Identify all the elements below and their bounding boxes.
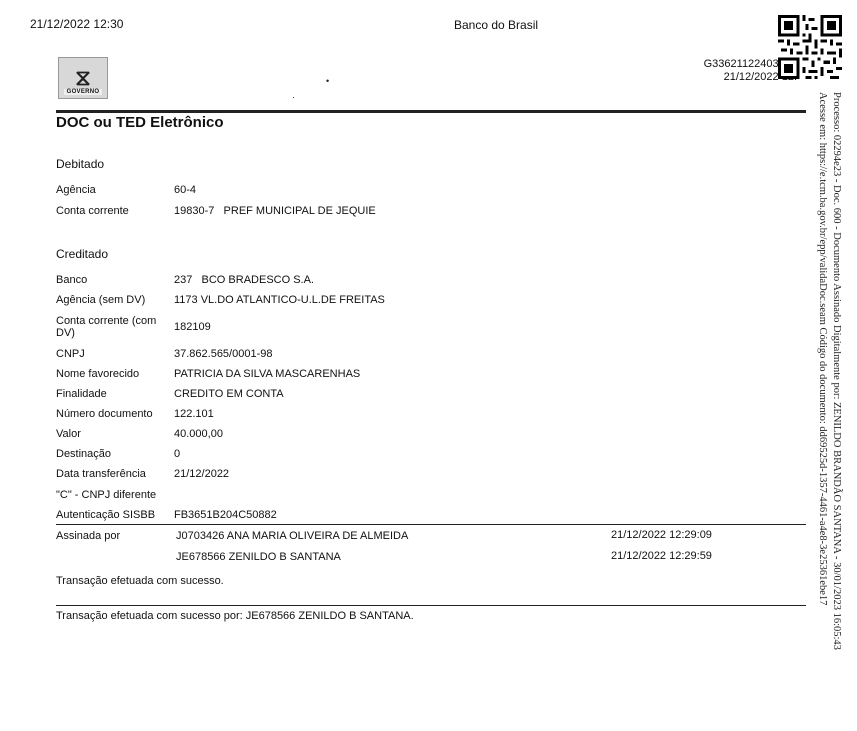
bank-logo: ⧖ GOVERNO [58,57,108,99]
logo-text: GOVERNO [64,89,103,95]
field-label: Valor [56,428,174,440]
credit-row-cnpj: CNPJ 37.862.565/0001-98 [56,348,396,360]
field-value: 182109 [174,321,211,333]
signer-datetime: 21/12/2022 12:29:09 [611,529,712,541]
field-value: 0 [174,448,180,460]
field-label: Autenticação SISBB [56,509,174,521]
scan-speck: · [292,92,295,102]
field-value: 37.862.565/0001-98 [174,348,272,360]
field-value: PATRICIA DA SILVA MASCARENHAS [174,368,360,380]
printed-datetime: 21/12/2022 12:30 [30,17,123,31]
credit-row-agencia: Agência (sem DV) 1173 VL.DO ATLANTICO-U.… [56,294,396,306]
document-title: DOC ou TED Eletrônico [56,114,224,131]
title-divider [56,110,806,113]
debit-row-agencia: Agência 60-4 [56,184,396,196]
field-label: Finalidade [56,388,174,400]
field-value: 60-4 [174,184,196,196]
field-label: "C" - CNPJ diferente [56,489,174,501]
footer-divider [56,605,806,606]
credit-row-favorecido: Nome favorecido PATRICIA DA SILVA MASCAR… [56,368,396,380]
section-creditado: Creditado [56,247,108,261]
qr-code-icon [778,14,842,80]
field-label: Data transferência [56,468,174,480]
field-value: 237 BCO BRADESCO S.A. [174,274,314,286]
credit-row-banco: Banco 237 BCO BRADESCO S.A. [56,274,396,286]
field-value: 122.101 [174,408,214,420]
field-value: 19830-7 PREF MUNICIPAL DE JEQUIE [174,205,376,217]
status-message: Transação efetuada com sucesso. [56,575,224,587]
signer-name: J0703426 ANA MARIA OLIVEIRA DE ALMEIDA [176,530,408,542]
digital-signature-stamp: Processo: 02294e23 - Doc. 600 - Document… [815,92,843,650]
field-value: CREDITO EM CONTA [174,388,284,400]
stamp-line-access: Acesse em: https://e.tcm.ba.gov.br/epp/v… [815,92,829,650]
credit-row-valor: Valor 40.000,00 [56,428,396,440]
credit-row-finalidade: Finalidade CREDITO EM CONTA [56,388,396,400]
signer-name: JE678566 ZENILDO B SANTANA [176,551,341,563]
section-debitado: Debitado [56,157,104,171]
field-value: FB3651B204C50882 [174,509,277,521]
banco-do-brasil-logo-icon: ⧖ [75,68,90,88]
field-value: 1173 VL.DO ATLANTICO-U.L.DE FREITAS [174,294,385,306]
credit-row-numero-documento: Número documento 122.101 [56,408,396,420]
field-label: Número documento [56,408,174,420]
credit-row-conta: Conta corrente (com DV) 182109 [56,315,396,339]
credit-row-destinacao: Destinação 0 [56,448,396,460]
stamp-line-process: Processo: 02294e23 - Doc. 600 - Document… [829,92,843,650]
scan-speck: • [326,76,329,86]
credit-row-autenticacao: Autenticação SISBB FB3651B204C50882 [56,509,396,521]
credit-row-data-transferencia: Data transferência 21/12/2022 [56,468,396,480]
field-label: Agência (sem DV) [56,294,174,306]
field-label: Conta corrente (com DV) [56,315,174,339]
footer-message: Transação efetuada com sucesso por: JE67… [56,610,414,622]
field-value: 40.000,00 [174,428,223,440]
field-label: Conta corrente [56,205,174,217]
field-label: Nome favorecido [56,368,174,380]
field-label: Agência [56,184,174,196]
field-label: Banco [56,274,174,286]
field-label: Destinação [56,448,174,460]
signed-by-label: Assinada por [56,530,120,542]
field-label: CNPJ [56,348,174,360]
field-value: 21/12/2022 [174,468,229,480]
signatures-divider [56,524,806,525]
debit-row-conta: Conta corrente 19830-7 PREF MUNICIPAL DE… [56,205,396,217]
bank-name: Banco do Brasil [454,18,538,32]
credit-row-cnpj-diferente: "C" - CNPJ diferente [56,489,396,501]
signer-datetime: 21/12/2022 12:29:59 [611,550,712,562]
